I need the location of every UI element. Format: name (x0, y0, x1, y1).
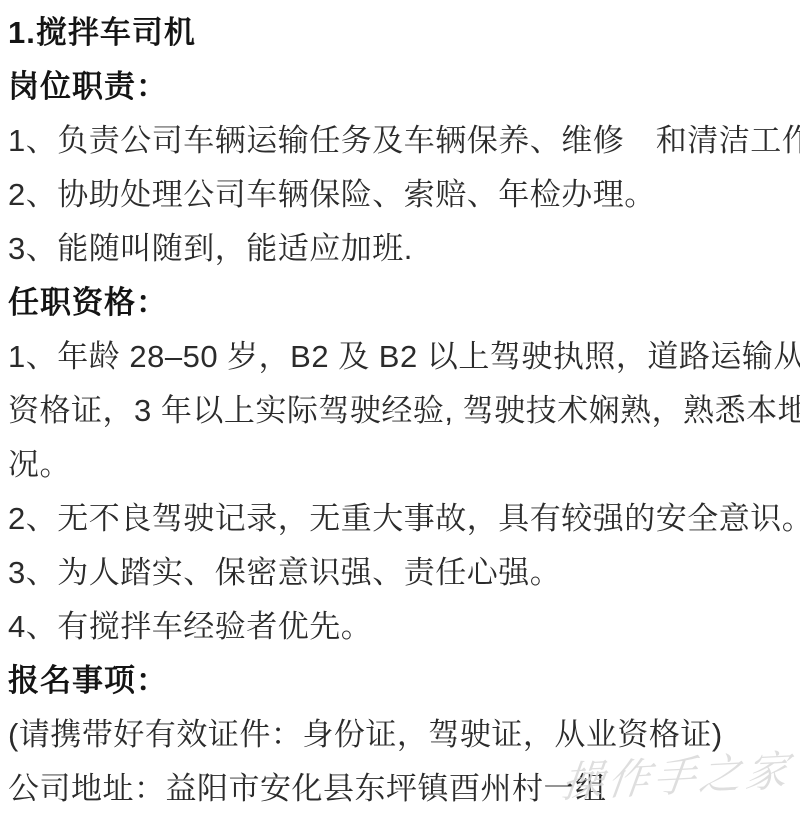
company-address: 公司地址：益阳市安化县东坪镇酉州村一组 (8, 758, 800, 812)
section-heading-duties: 岗位职责： (8, 56, 800, 110)
qualifications-item-2: 2、无不良驾驶记录，无重大事故，具有较强的安全意识。 (8, 488, 800, 542)
duties-item-1: 1、负责公司车辆运输任务及车辆保养、维修 和清洁工作。 (8, 110, 800, 164)
duties-item-3: 3、能随叫随到，能适应加班. (8, 218, 800, 272)
duties-item-2: 2、协助处理公司车辆保险、索赔、年检办理。 (8, 164, 800, 218)
qualifications-item-3: 3、为人踏实、保密意识强、责任心强。 (8, 542, 800, 596)
job-posting-document: 1.搅拌车司机 岗位职责： 1、负责公司车辆运输任务及车辆保养、维修 和清洁工作… (0, 0, 800, 816)
qualifications-item-1-line-1: 1、年龄 28–50 岁，B2 及 B2 以上驾驶执照，道路运输从业 (8, 326, 800, 380)
section-heading-registration: 报名事项： (8, 650, 800, 704)
registration-documents-note: (请携带好有效证件：身份证，驾驶证，从业资格证) (8, 704, 800, 758)
qualifications-item-1-line-2: 资格证，3 年以上实际驾驶经验, 驾驶技术娴熟，熟悉本地路 (8, 380, 800, 434)
qualifications-item-1-line-3: 况。 (8, 434, 800, 488)
qualifications-item-4: 4、有搅拌车经验者优先。 (8, 596, 800, 650)
page-title: 1.搅拌车司机 (8, 2, 800, 56)
section-heading-qualifications: 任职资格： (8, 272, 800, 326)
